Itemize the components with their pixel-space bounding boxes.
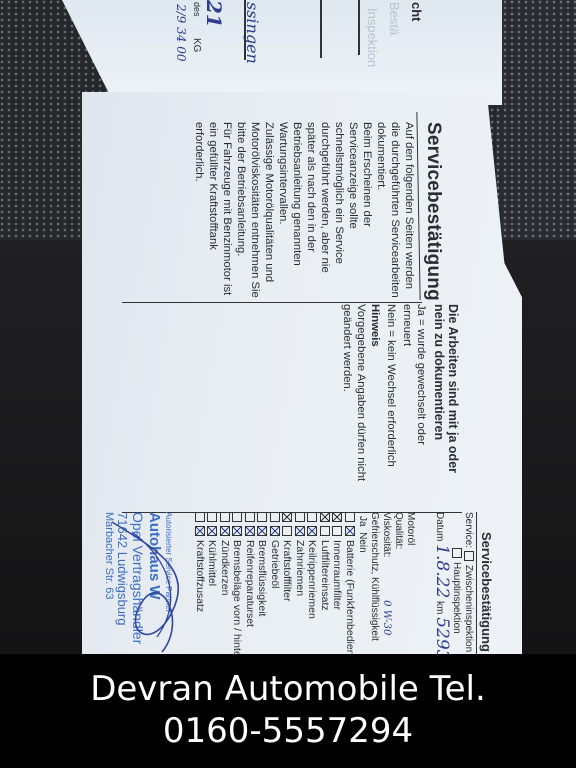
checkbox-nein[interactable] — [345, 526, 355, 536]
hint-text: Vorgegebene Angaben dürfen nicht geänder… — [340, 304, 368, 504]
paragraph: Beim Erscheinen der Serviceanzeige sollt… — [276, 122, 374, 302]
faded-text: Inspektion — [365, 8, 380, 67]
checkbox-ja[interactable] — [282, 512, 292, 522]
checklist-item: Bremsbeläge vorn / hinten — [231, 512, 244, 677]
checklist-label: Kühlmittel — [207, 540, 219, 586]
column-nein: Nein — [357, 532, 368, 553]
checklist-label: Zündkerzen — [219, 540, 231, 595]
checklist-label: Kraftstofffilter — [282, 540, 294, 601]
service-label: Service: — [463, 512, 474, 548]
checklist-item: Kühlmittel — [206, 512, 219, 677]
checkbox-nein[interactable] — [320, 526, 330, 536]
ja-legend: Ja = wurde gewechselt oder erneuert — [400, 304, 428, 484]
handwriting-number: 21 — [202, 0, 226, 28]
column-ja: Ja — [357, 516, 368, 527]
checklist-label: Getriebeöl — [269, 540, 281, 588]
checklist-item: Zahnriemen — [294, 512, 307, 677]
divider — [416, 112, 420, 300]
service-type-main: Hauptinspektion — [451, 548, 462, 634]
printed-fragment: des — [192, 2, 202, 17]
left-page-intro: Auf den folgenden Seiten werden die durc… — [192, 122, 416, 302]
checklist-item: Innenraumfilter — [331, 512, 344, 677]
instructions-title: Die Arbeiten sind mit ja oder nein zu do… — [432, 304, 460, 484]
checklist-item: Reifenreparaturset — [244, 512, 257, 677]
caption-phone: 0160-5557294 — [0, 710, 576, 752]
paragraph: Für Fahrzeuge mit Benzinmotor ist ein ge… — [192, 122, 234, 302]
caption-dealer: Devran Automobile Tel. — [0, 668, 576, 710]
checkbox-nein[interactable] — [232, 526, 242, 536]
checkbox-ja[interactable] — [232, 512, 242, 522]
checkbox-ja[interactable] — [295, 512, 305, 522]
checklist: Batterie (Funkfernbedienung)Innenraumfil… — [194, 512, 357, 677]
service-book-page: Servicebestätigung Auf den folgenden Sei… — [82, 92, 522, 662]
hint-title: Hinweis — [368, 304, 382, 504]
antifreeze-label: Gefrierschutz, Kühlflüssigkeit — [369, 512, 380, 641]
divider — [358, 0, 360, 55]
checkbox-ja[interactable] — [245, 512, 255, 522]
checkbox-ja[interactable] — [307, 512, 317, 522]
oil-fields: Motoröl Qualität: Viskosität: 0 W-30 — [380, 512, 416, 635]
date-row: Datum 1.8.22 km 5293 — [432, 512, 452, 660]
checklist-label: Bremsbeläge vorn / hinten — [232, 540, 244, 663]
checkbox-nein[interactable] — [307, 526, 317, 536]
checkbox-intermediate[interactable] — [464, 551, 474, 561]
ja-text: = wurde gewechselt oder erneuert — [401, 304, 427, 445]
checklist-label: Reifenreparaturset — [244, 540, 256, 627]
paragraph: Zulässige Motorölqualitäten und Motorölv… — [234, 122, 276, 302]
previous-page: cht Bestä Inspektion ssingen 21 des KG 2… — [62, 0, 502, 105]
paragraph: Auf den folgenden Seiten werden die durc… — [374, 122, 416, 302]
checkbox-ja[interactable] — [207, 512, 217, 522]
divider — [476, 512, 477, 662]
checkbox-nein[interactable] — [245, 526, 255, 536]
printed-fragment: KG — [191, 38, 202, 52]
nein-text: = kein Wechsel erforderlich — [385, 330, 397, 466]
checklist-item: Luftfiltereinsatz — [319, 512, 332, 677]
checklist-item: Getriebeöl — [269, 512, 282, 677]
field-quality: Qualität: — [392, 512, 404, 635]
checklist-item: Keilrippenriemen — [306, 512, 319, 677]
hint: Hinweis Vorgegebene Angaben dürfen nicht… — [340, 304, 382, 504]
nein-label: Nein — [385, 304, 397, 327]
caption-overlay: Devran Automobile Tel. 0160-5557294 — [0, 654, 576, 768]
date-label: Datum — [434, 512, 445, 541]
checkbox-nein[interactable] — [270, 526, 280, 536]
checklist-item: Bremsflüssigkeit — [256, 512, 269, 677]
checklist-item: Batterie (Funkfernbedienung) — [344, 512, 357, 677]
checkbox-ja[interactable] — [320, 512, 330, 522]
checkbox-nein[interactable] — [220, 526, 230, 536]
field-viscosity: Viskosität: — [381, 512, 392, 557]
checkbox-ja[interactable] — [345, 512, 355, 522]
checklist-label: Bremsflüssigkeit — [257, 540, 269, 616]
checkbox-nein[interactable] — [207, 526, 217, 536]
faded-text: Bestä — [387, 2, 402, 35]
signature — [102, 512, 202, 662]
right-page-title: Servicebestätigung — [479, 532, 494, 652]
checklist-item: Kraftstofffilter — [281, 512, 294, 677]
checkbox-ja[interactable] — [220, 512, 230, 522]
checklist-label: Keilrippenriemen — [307, 540, 319, 619]
checklist-label: Zahnriemen — [294, 540, 306, 596]
checkbox-nein[interactable] — [332, 526, 342, 536]
checkbox-nein[interactable] — [257, 526, 267, 536]
checklist-item: Zündkerzen — [219, 512, 232, 677]
option-intermediate: Zwischeninspektion — [463, 565, 474, 652]
service-type: Service: Zwischeninspektion — [463, 512, 474, 652]
heading-fragment: cht — [409, 2, 424, 22]
divider — [320, 0, 322, 58]
checkbox-main[interactable] — [452, 548, 462, 558]
km-label: km — [434, 601, 445, 614]
left-page-title: Servicebestätigung — [422, 122, 444, 301]
divider — [244, 0, 246, 60]
car-seat-fabric-right — [496, 0, 576, 240]
ja-label: Ja — [415, 304, 427, 316]
option-main: Hauptinspektion — [451, 562, 462, 634]
checkbox-ja[interactable] — [332, 512, 342, 522]
nein-legend: Nein = kein Wechsel erforderlich — [384, 304, 398, 494]
checkbox-nein[interactable] — [282, 526, 292, 536]
instructions-heading: Die Arbeiten sind mit ja oder nein zu do… — [432, 304, 460, 473]
checkbox-nein[interactable] — [295, 526, 305, 536]
checklist-label: Innenraumfilter — [332, 540, 344, 610]
viscosity-value: 0 W-30 — [381, 600, 392, 635]
field-engine-oil: Motoröl — [404, 512, 416, 635]
handwriting-city: ssingen — [243, 2, 262, 64]
checklist-label: Luftfiltereinsatz — [319, 540, 331, 611]
handwriting-phone: 2/9 34 00 — [174, 4, 188, 61]
checkbox-ja[interactable] — [257, 512, 267, 522]
checkbox-ja[interactable] — [270, 512, 280, 522]
column-headers: Ja Nein — [357, 516, 368, 553]
divider — [122, 302, 422, 303]
date-value: 1.8.22 — [432, 544, 452, 598]
